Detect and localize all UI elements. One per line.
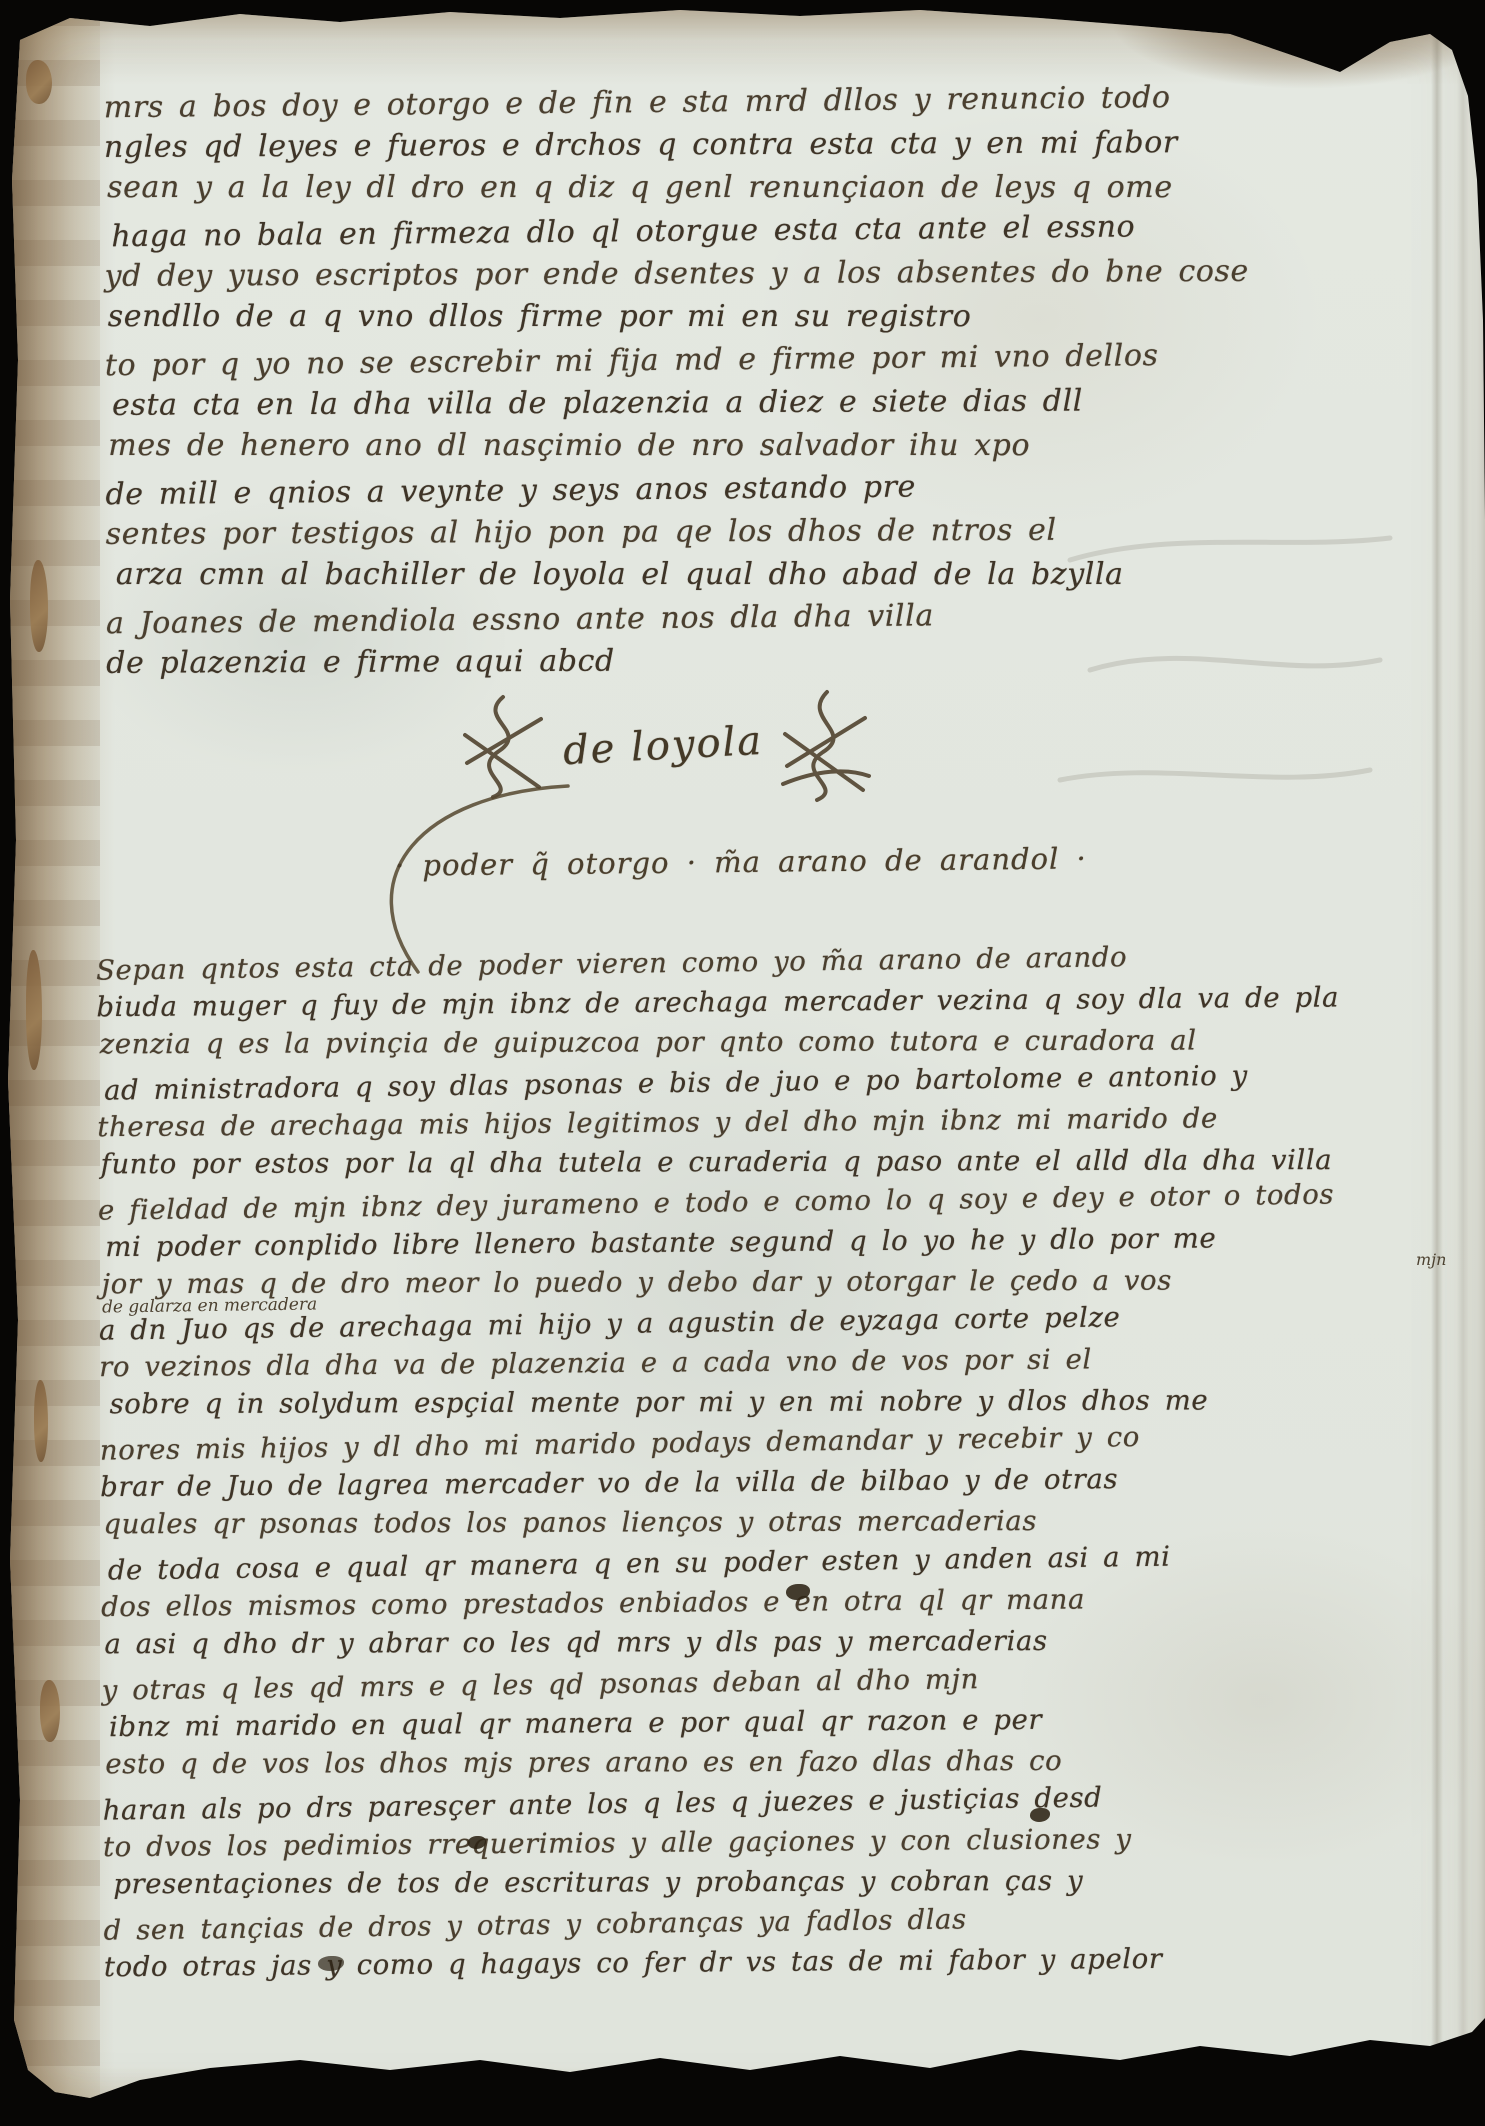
signature-rubric-right-icon	[777, 688, 873, 804]
binding-fragment	[26, 950, 42, 1070]
marginal-superscript: mjn	[1416, 1250, 1446, 1269]
binding-fragment	[26, 60, 52, 104]
interlinear-note: de galarza en mercadera	[102, 1294, 317, 1317]
archive-scan-page: { "document": { "kind": "sixteenth-centu…	[0, 0, 1485, 2126]
page-fold-crease	[1457, 0, 1469, 2126]
manuscript-line: mes de henero ano dl nasçimio de nro sal…	[108, 424, 1413, 467]
manuscript-line: sendllo de a q vno dllos firme por mi en…	[108, 295, 1413, 338]
show-through-marks	[1050, 520, 1410, 840]
binding-fragment	[30, 560, 48, 652]
manuscript-paper: mrs a bos doy e otorgo e de fin e sta mr…	[0, 0, 1485, 2126]
manuscript-line: ngles qd leyes e fueros e drchos q contr…	[104, 120, 1409, 169]
manuscript-paragraph-2: Sepan qntos esta cta de poder vieren com…	[96, 937, 1424, 1987]
binding-deckle-edge	[0, 0, 100, 2126]
signature-name: de loyola	[562, 718, 764, 774]
manuscript-line: yd dey yuso escriptos por ende dsentes y…	[104, 249, 1409, 298]
docket-heading: · poder q̃ otorgo · m̃a arano de arandol…	[395, 841, 1087, 882]
binding-fragment	[34, 1380, 48, 1462]
manuscript-line: sean y a la ley dl dro en q diz q genl r…	[107, 166, 1412, 209]
page-fold-crease	[1431, 0, 1443, 2126]
manuscript-line: esta cta en la dha villa de plazenzia a …	[112, 378, 1410, 427]
binding-fragment	[40, 1680, 60, 1742]
